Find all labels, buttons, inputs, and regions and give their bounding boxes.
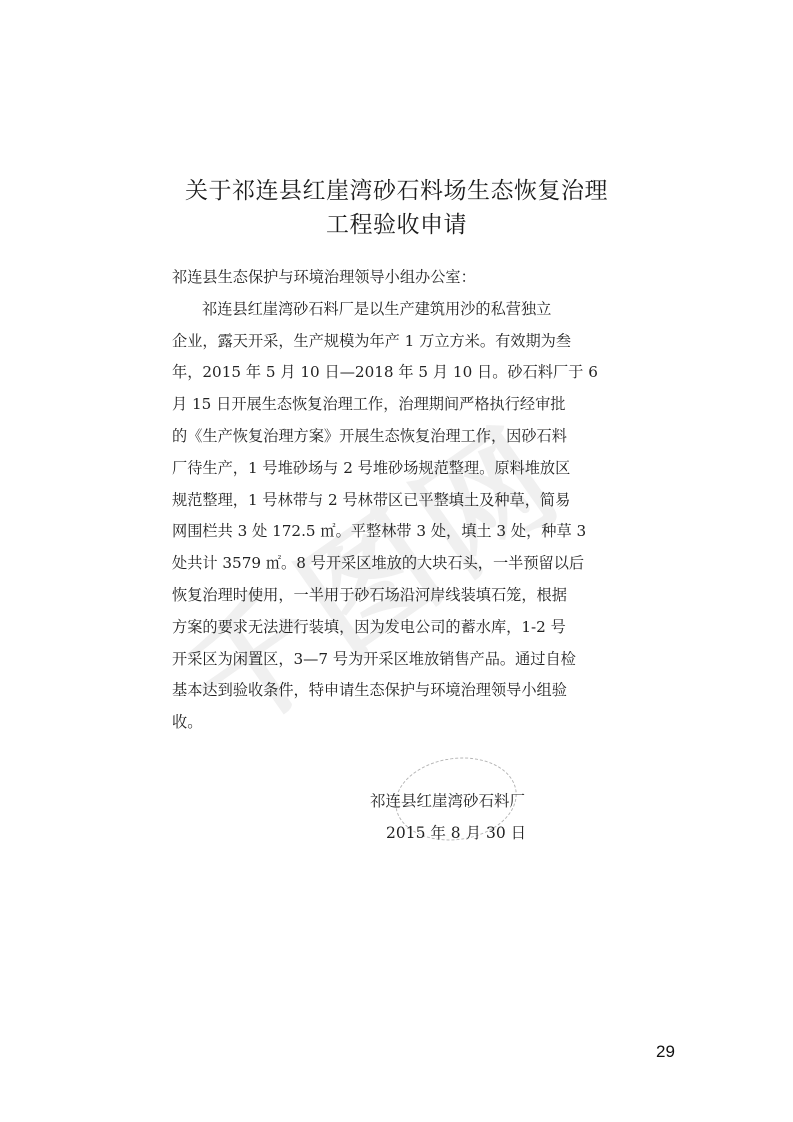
body-line: 的《生产恢复治理方案》开展生态恢复治理工作，因砂石料 [172, 421, 612, 453]
body-line: 年，2015 年 5 月 10 日—2018 年 5 月 10 日。砂石料厂于 … [172, 357, 612, 389]
body-line: 网围栏共 3 处 172.5 ㎡。平整林带 3 处，填土 3 处，种草 3 [172, 516, 612, 548]
document-title-line-2: 工程验收申请 [0, 206, 793, 239]
body-line: 规范整理，1 号林带与 2 号林带区已平整填土及种草，简易 [172, 485, 612, 517]
body-line: 开采区为闲置区，3—7 号为开采区堆放销售产品。通过自检 [172, 644, 612, 676]
body-line: 祁连县红崖湾砂石料厂是以生产建筑用沙的私营独立 [172, 294, 612, 326]
signature-organization: 祁连县红崖湾砂石料厂 [370, 785, 570, 817]
body-line: 方案的要求无法进行装填，因为发电公司的蓄水库，1-2 号 [172, 612, 612, 644]
signature-block: 祁连县红崖湾砂石料厂 2015 年 8 月 30 日 [370, 785, 570, 849]
document-title-line-1: 关于祁连县红崖湾砂石料场生态恢复治理 [0, 172, 793, 205]
body-line: 月 15 日开展生态恢复治理工作，治理期间严格执行经审批 [172, 389, 612, 421]
document-page: 千图网 关于祁连县红崖湾砂石料场生态恢复治理 工程验收申请 祁连县生态保护与环境… [0, 0, 793, 1122]
page-number: 29 [656, 1042, 675, 1062]
body-line: 处共计 3579 ㎡。8 号开采区堆放的大块石头，一半预留以后 [172, 548, 612, 580]
document-body: 祁连县生态保护与环境治理领导小组办公室： 祁连县红崖湾砂石料厂是以生产建筑用沙的… [172, 262, 612, 739]
body-line: 厂待生产，1 号堆砂场与 2 号堆砂场规范整理。原料堆放区 [172, 453, 612, 485]
signature-date: 2015 年 8 月 30 日 [370, 817, 570, 849]
addressee: 祁连县生态保护与环境治理领导小组办公室： [172, 262, 612, 294]
body-line: 企业，露天开采，生产规模为年产 1 万立方米。有效期为叁 [172, 326, 612, 358]
body-line: 基本达到验收条件，特申请生态保护与环境治理领导小组验 [172, 675, 612, 707]
body-line: 收。 [172, 707, 612, 739]
body-line: 恢复治理时使用，一半用于砂石场沿河岸线装填石笼，根据 [172, 580, 612, 612]
